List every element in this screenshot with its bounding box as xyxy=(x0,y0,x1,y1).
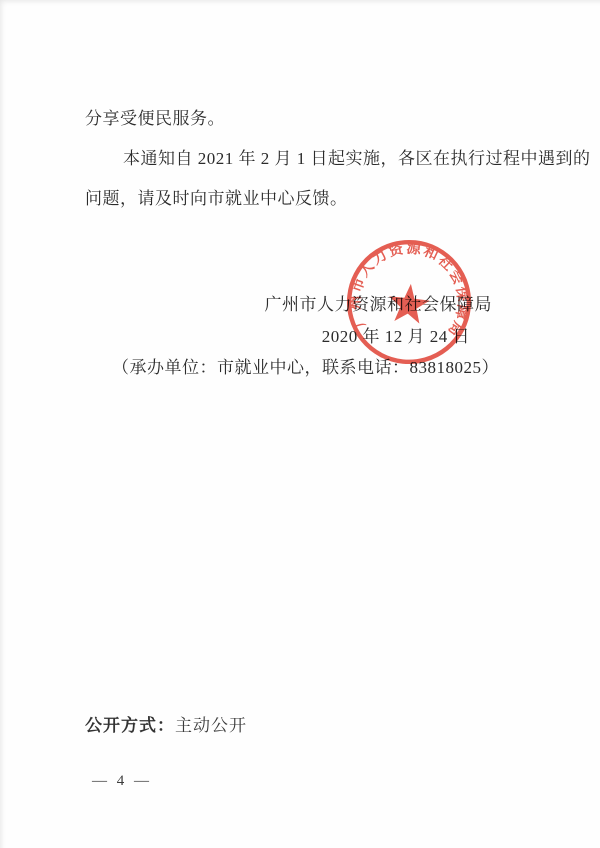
disclosure-line: 公开方式：主动公开 xyxy=(85,711,247,736)
body-line-2: 本通知自 2021 年 2 月 1 日起实施，各区在执行过程中遇到的 xyxy=(85,139,527,179)
body-line-3: 问题，请及时向市就业中心反馈。 xyxy=(85,179,527,219)
page-number: — 4 — xyxy=(92,773,152,790)
disclosure-label: 公开方式： xyxy=(85,716,175,735)
body-line-1: 分享受便民服务。 xyxy=(85,99,527,139)
signature-date: 2020 年 12 月 24 日 xyxy=(322,322,470,347)
contact-note: （承办单位：市就业中心，联系电话：83818025） xyxy=(112,353,499,378)
document-page: 分享受便民服务。 本通知自 2021 年 2 月 1 日起实施，各区在执行过程中… xyxy=(0,0,600,848)
body-text: 分享受便民服务。 本通知自 2021 年 2 月 1 日起实施，各区在执行过程中… xyxy=(85,99,527,219)
disclosure-value: 主动公开 xyxy=(175,716,247,735)
signature-agency: 广州市人力资源和社会保障局 xyxy=(265,290,493,315)
